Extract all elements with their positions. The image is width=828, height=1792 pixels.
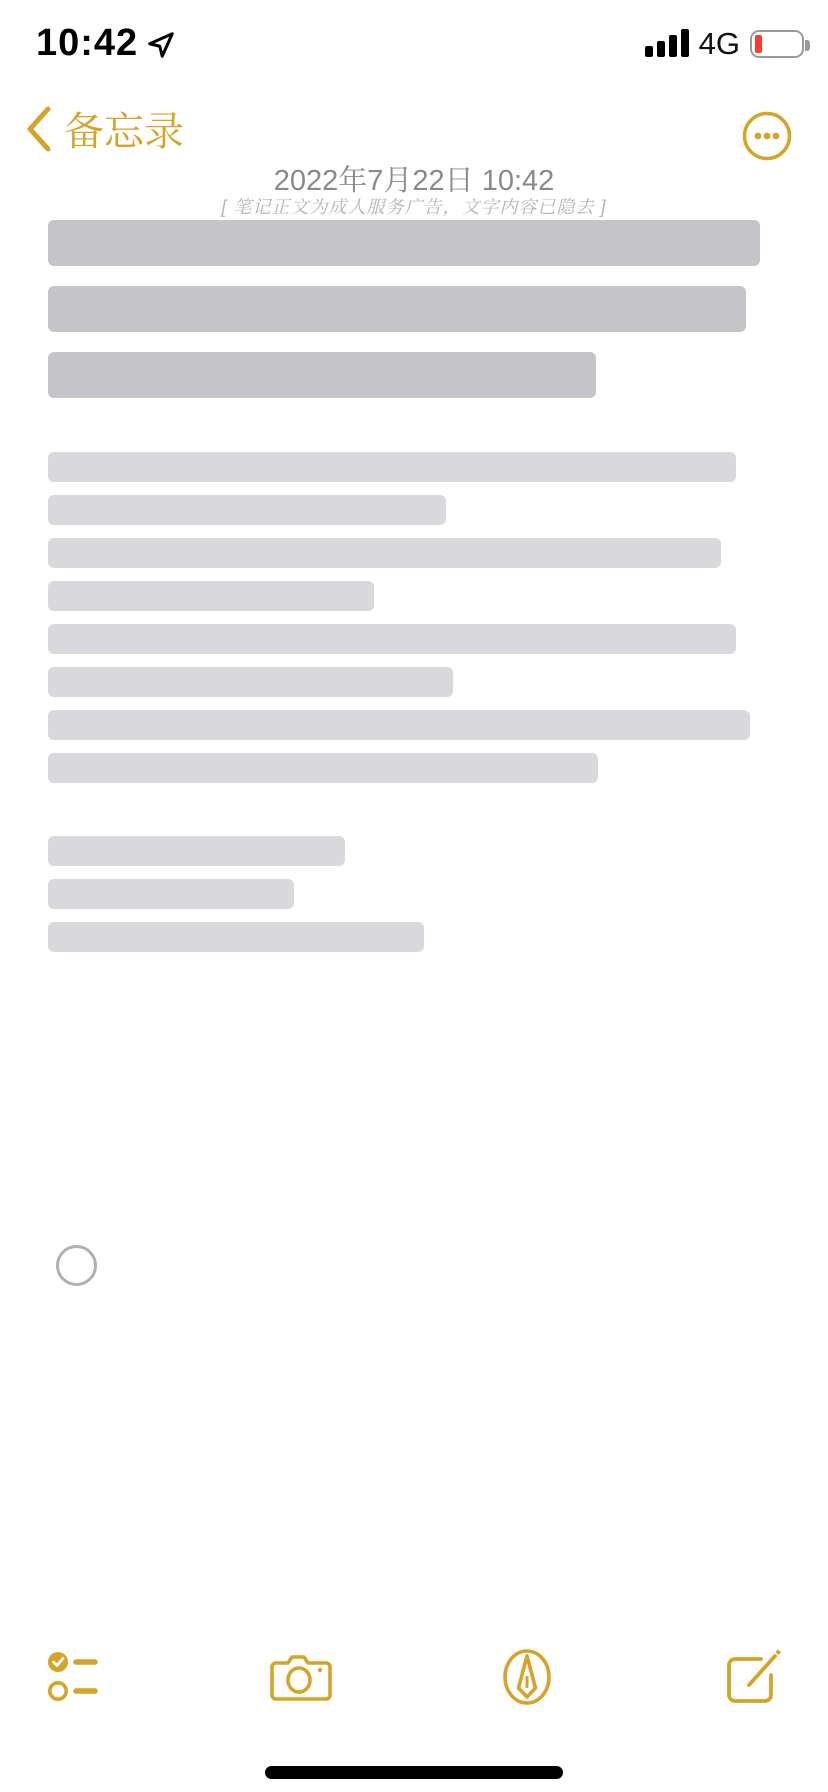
todo-checkbox-unchecked[interactable] (56, 1245, 97, 1286)
redacted-text-line (48, 452, 736, 482)
redacted-text-line (48, 710, 750, 740)
redacted-text-line (48, 352, 596, 398)
redacted-text-line (48, 753, 598, 783)
battery-level-fill (755, 35, 762, 53)
redacted-text-line (48, 220, 760, 266)
network-type-label: 4G (699, 26, 740, 62)
redacted-text-line (48, 879, 294, 909)
back-button-label: 备忘录 (64, 100, 184, 157)
notes-toolbar (0, 1646, 828, 1708)
compose-icon[interactable] (722, 1646, 784, 1708)
redacted-text-line (48, 581, 374, 611)
note-paragraph-redacted (48, 452, 772, 796)
location-arrow-icon (146, 30, 176, 60)
status-bar-right: 4G (645, 26, 804, 62)
redacted-text-line (48, 538, 721, 568)
redacted-text-line (48, 495, 446, 525)
redacted-text-line (48, 922, 424, 952)
redacted-text-line (48, 667, 453, 697)
chevron-left-icon (24, 104, 52, 154)
redacted-text-line (48, 836, 345, 866)
home-indicator[interactable] (265, 1766, 563, 1779)
battery-cap (805, 40, 810, 51)
redaction-notice: [ 笔记正文为成人服务广告，文字内容已隐去 ] (0, 193, 828, 219)
cellular-signal-icon (645, 29, 689, 59)
note-title-redacted (48, 220, 760, 418)
note-paragraph-redacted (48, 836, 772, 965)
markup-pen-icon[interactable] (496, 1646, 558, 1708)
redacted-text-line (48, 624, 736, 654)
more-options-button[interactable] (741, 110, 793, 162)
status-bar: 10:42 4G (0, 0, 828, 92)
redacted-text-line (48, 286, 746, 332)
camera-icon[interactable] (270, 1646, 332, 1708)
nav-bar: 备忘录 (0, 92, 828, 168)
back-to-notes-button[interactable]: 备忘录 (24, 100, 184, 157)
checklist-icon[interactable] (44, 1646, 106, 1708)
clock-time: 10:42 (36, 22, 138, 65)
battery-icon (750, 30, 804, 58)
notes-app-screen: 10:42 4G 备忘录 (0, 0, 828, 1792)
